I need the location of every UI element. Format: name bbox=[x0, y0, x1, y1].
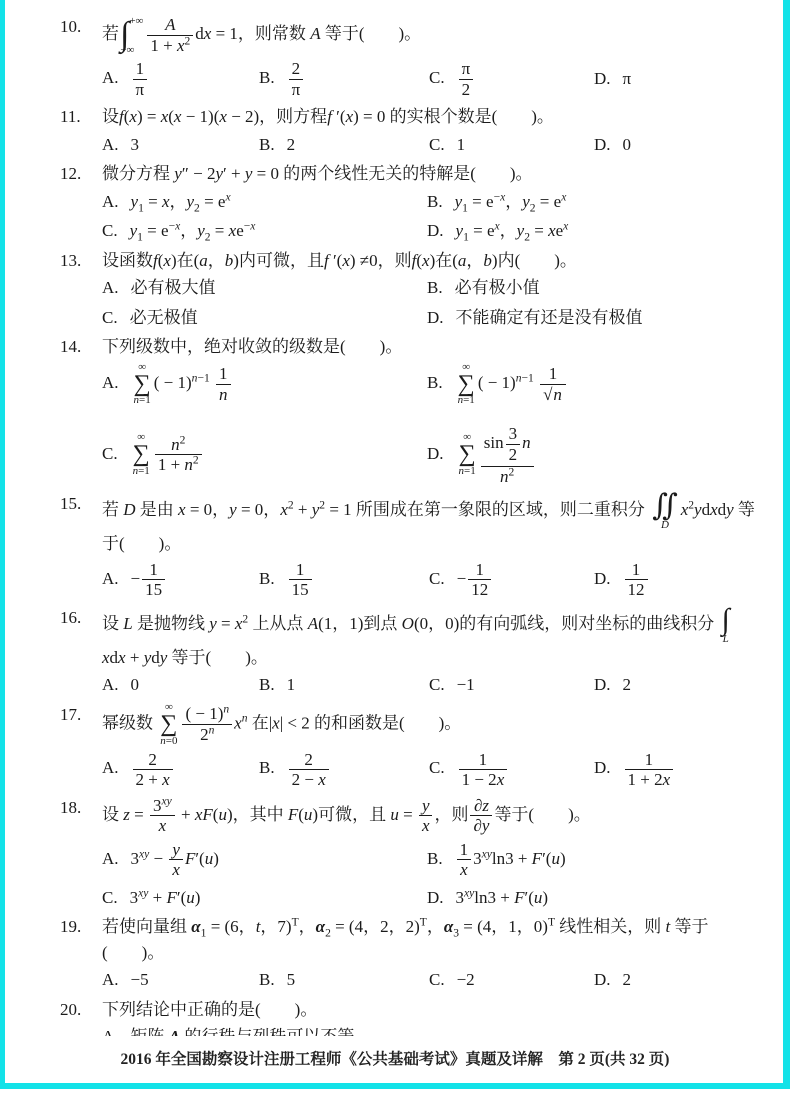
question-number: 19. bbox=[60, 914, 102, 994]
questions: 10. 若∫+∞−∞A1 + x2dx = 1，则常数 A 等于( )。 A.1… bbox=[60, 14, 756, 1036]
question-number: 18. bbox=[60, 795, 102, 912]
option-body: 1 bbox=[457, 135, 466, 154]
option: C.y1 = e−x，y2 = xe−x bbox=[102, 217, 427, 245]
option: D.112 bbox=[594, 558, 756, 602]
question-body: 下列级数中，绝对收敛的级数是( )。 A.∞∑n=1( − 1)n−1 1nB.… bbox=[102, 334, 756, 488]
option-body: 0 bbox=[623, 135, 632, 154]
question-options: A.矩阵 A 的行秩与列秩可以不等B.秩为 r 的矩阵中，所有 r 阶子式均不为… bbox=[102, 1023, 756, 1036]
option-label: D. bbox=[594, 758, 611, 777]
option: B.1 bbox=[259, 671, 429, 699]
question-body: 若使向量组 α1 = (6，t，7)T，α2 = (4，2，2)T，α3 = (… bbox=[102, 914, 756, 994]
question-stem: 微分方程 y″ − 2y′ + y = 0 的两个线性无关的特解是( )。 bbox=[102, 161, 756, 187]
option-label: B. bbox=[259, 758, 275, 777]
option: D.不能确定有还是没有极值 bbox=[427, 304, 756, 332]
option-body: 必无极值 bbox=[130, 308, 198, 327]
option: D.2 bbox=[594, 966, 756, 994]
option-body: 115 bbox=[287, 569, 314, 588]
option-label: B. bbox=[259, 68, 275, 87]
question-options: A.−115B.115C.−112D.112 bbox=[102, 558, 756, 602]
question-number: 14. bbox=[60, 334, 102, 488]
option-label: B. bbox=[259, 970, 275, 989]
question-body: 微分方程 y″ − 2y′ + y = 0 的两个线性无关的特解是( )。 A.… bbox=[102, 161, 756, 245]
question-options: A.y1 = x，y2 = exB.y1 = e−x，y2 = exC.y1 =… bbox=[102, 188, 756, 245]
option-body: y1 = ex，y2 = xex bbox=[456, 221, 569, 240]
option-body: 必有极大值 bbox=[131, 278, 216, 297]
option: B.5 bbox=[259, 966, 429, 994]
question-stem: 幂级数 ∞∑n=0( − 1)n2nxn 在|x| < 2 的和函数是( )。 bbox=[102, 702, 756, 747]
option-label: D. bbox=[427, 308, 444, 327]
question-number: 10. bbox=[60, 14, 102, 101]
option-body: 22 + x bbox=[131, 758, 175, 777]
question-body: 若 D 是由 x = 0，y = 0，x2 + y2 = 1 所围成在第一象限的… bbox=[102, 491, 756, 602]
option: C.3xy + F′(u) bbox=[102, 884, 427, 912]
option: A.0 bbox=[102, 671, 259, 699]
option-body: 11 + 2x bbox=[623, 758, 676, 777]
question-body: 设 L 是抛物线 y = x2 上从点 A(1，1)到点 O(0，0)的有向弧线… bbox=[102, 605, 756, 699]
option-label: B. bbox=[259, 135, 275, 154]
question-options: A.3B.2C.1D.0 bbox=[102, 131, 756, 159]
option: B.22 − x bbox=[259, 748, 429, 792]
question-options: A.必有极大值B.必有极小值C.必无极值D.不能确定有还是没有极值 bbox=[102, 274, 756, 331]
option-body: −112 bbox=[457, 569, 494, 588]
option-body: 1x3xyln3 + F′(u) bbox=[455, 849, 566, 868]
question-options: A.−5B.5C.−2D.2 bbox=[102, 966, 756, 994]
option-label: B. bbox=[427, 278, 443, 297]
option: A.3 bbox=[102, 131, 259, 159]
question-body: 下列结论中正确的是( )。 A.矩阵 A 的行秩与列秩可以不等B.秩为 r 的矩… bbox=[102, 997, 756, 1036]
question-stem: 设f(x) = x(x − 1)(x − 2)，则方程f ′(x) = 0 的实… bbox=[102, 104, 756, 130]
question-stem: 若∫+∞−∞A1 + x2dx = 1，则常数 A 等于( )。 bbox=[102, 14, 756, 56]
option-label: A. bbox=[102, 758, 119, 777]
option: A.3xy − yxF′(u) bbox=[102, 838, 427, 882]
question-stem: 下列级数中，绝对收敛的级数是( )。 bbox=[102, 334, 756, 360]
option: B.2 bbox=[259, 131, 429, 159]
question-stem: 下列结论中正确的是( )。 bbox=[102, 997, 756, 1023]
option-body: −5 bbox=[131, 970, 149, 989]
option-label: C. bbox=[429, 970, 445, 989]
option: C.−1 bbox=[429, 671, 594, 699]
question: 20. 下列结论中正确的是( )。 A.矩阵 A 的行秩与列秩可以不等B.秩为 … bbox=[60, 997, 756, 1036]
option-body: 1π bbox=[131, 68, 150, 87]
question: 19. 若使向量组 α1 = (6，t，7)T，α2 = (4，2，2)T，α3… bbox=[60, 914, 756, 994]
question-body: 设f(x) = x(x − 1)(x − 2)，则方程f ′(x) = 0 的实… bbox=[102, 104, 756, 158]
option-body: 不能确定有还是没有极值 bbox=[456, 308, 643, 327]
question-stem: 设函数f(x)在(a，b)内可微，且f ′(x) ≠0，则f(x)在(a，b)内… bbox=[102, 248, 756, 274]
option-body: 11 − 2x bbox=[457, 758, 510, 777]
option-body: 3xyln3 + F′(u) bbox=[456, 888, 549, 907]
option: D.∞∑n=1sin32nn2 bbox=[427, 421, 756, 488]
question-stem: 设 z = 3xyx + xF(u)，其中 F(u)可微，且 u = yx，则∂… bbox=[102, 795, 756, 837]
option-body: −115 bbox=[131, 569, 168, 588]
option-label: D. bbox=[427, 888, 444, 907]
option: A.∞∑n=1( − 1)n−1 1n bbox=[102, 361, 427, 408]
option-body: 3xy − yxF′(u) bbox=[131, 849, 219, 868]
question: 12. 微分方程 y″ − 2y′ + y = 0 的两个线性无关的特解是( )… bbox=[60, 161, 756, 245]
option-body: −1 bbox=[457, 675, 475, 694]
option-body: 2π bbox=[287, 68, 306, 87]
option-label: D. bbox=[594, 569, 611, 588]
question: 16. 设 L 是抛物线 y = x2 上从点 A(1，1)到点 O(0，0)的… bbox=[60, 605, 756, 699]
option-label: B. bbox=[259, 569, 275, 588]
question-options: A.1πB.2πC.π2D.π bbox=[102, 57, 756, 101]
question-options: A.22 + xB.22 − xC.11 − 2xD.11 + 2x bbox=[102, 748, 756, 792]
question-options: A.∞∑n=1( − 1)n−1 1nB.∞∑n=1( − 1)n−1 1√nC… bbox=[102, 361, 756, 488]
option-label: B. bbox=[259, 675, 275, 694]
question-number: 15. bbox=[60, 491, 102, 602]
question-number: 12. bbox=[60, 161, 102, 245]
option-label: C. bbox=[102, 444, 118, 463]
option-label: A. bbox=[102, 569, 119, 588]
question: 17. 幂级数 ∞∑n=0( − 1)n2nxn 在|x| < 2 的和函数是(… bbox=[60, 702, 756, 792]
option-label: A. bbox=[102, 278, 119, 297]
option-label: A. bbox=[102, 192, 119, 211]
question-number: 17. bbox=[60, 702, 102, 792]
option: A.−115 bbox=[102, 558, 259, 602]
question: 14. 下列级数中，绝对收敛的级数是( )。 A.∞∑n=1( − 1)n−1 … bbox=[60, 334, 756, 488]
option-body: ∞∑n=1( − 1)n−1 1n bbox=[131, 373, 233, 392]
option: B.115 bbox=[259, 558, 429, 602]
option: B.∞∑n=1( − 1)n−1 1√n bbox=[427, 361, 756, 408]
question-body: 设 z = 3xyx + xF(u)，其中 F(u)可微，且 u = yx，则∂… bbox=[102, 795, 756, 912]
option-label: C. bbox=[429, 675, 445, 694]
option-body: ∞∑n=1( − 1)n−1 1√n bbox=[455, 373, 568, 392]
option: D.2 bbox=[594, 671, 756, 699]
option: B.2π bbox=[259, 57, 429, 101]
option-body: π2 bbox=[457, 68, 476, 87]
option-label: A. bbox=[102, 373, 119, 392]
option-body: 矩阵 A 的行秩与列秩可以不等 bbox=[131, 1027, 355, 1036]
option: B.必有极小值 bbox=[427, 274, 756, 302]
option-body: 112 bbox=[623, 569, 650, 588]
question-number: 20. bbox=[60, 997, 102, 1036]
option-label: B. bbox=[427, 192, 443, 211]
question: 10. 若∫+∞−∞A1 + x2dx = 1，则常数 A 等于( )。 A.1… bbox=[60, 14, 756, 101]
option-label: C. bbox=[429, 758, 445, 777]
option: C.−2 bbox=[429, 966, 594, 994]
option: A.必有极大值 bbox=[102, 274, 427, 302]
option-body: 必有极小值 bbox=[455, 278, 540, 297]
option-label: A. bbox=[102, 1027, 119, 1036]
option-body: 1 bbox=[287, 675, 296, 694]
question: 18. 设 z = 3xyx + xF(u)，其中 F(u)可微，且 u = y… bbox=[60, 795, 756, 912]
option: C.∞∑n=1n21 + n2 bbox=[102, 431, 427, 478]
option: A.22 + x bbox=[102, 748, 259, 792]
option: C.−112 bbox=[429, 558, 594, 602]
question-stem: 设 L 是抛物线 y = x2 上从点 A(1，1)到点 O(0，0)的有向弧线… bbox=[102, 605, 756, 671]
option-label: C. bbox=[429, 135, 445, 154]
question-stem: 若使向量组 α1 = (6，t，7)T，α2 = (4，2，2)T，α3 = (… bbox=[102, 914, 756, 965]
question: 15. 若 D 是由 x = 0，y = 0，x2 + y2 = 1 所围成在第… bbox=[60, 491, 756, 602]
question-options: A.0B.1C.−1D.2 bbox=[102, 671, 756, 699]
question-number: 13. bbox=[60, 248, 102, 332]
option: A.矩阵 A 的行秩与列秩可以不等 bbox=[102, 1023, 756, 1036]
option-label: D. bbox=[594, 69, 611, 88]
option: A.−5 bbox=[102, 966, 259, 994]
option: D.0 bbox=[594, 131, 756, 159]
option-label: D. bbox=[594, 135, 611, 154]
option-body: 2 bbox=[623, 970, 632, 989]
option: A.y1 = x，y2 = ex bbox=[102, 188, 427, 216]
option-body: 2 bbox=[287, 135, 296, 154]
option-body: 3xy + F′(u) bbox=[130, 888, 201, 907]
option: D.11 + 2x bbox=[594, 748, 756, 792]
option-label: C. bbox=[429, 569, 445, 588]
question-number: 16. bbox=[60, 605, 102, 699]
option: B.1x3xyln3 + F′(u) bbox=[427, 838, 756, 882]
option: D.π bbox=[594, 65, 756, 93]
option-label: D. bbox=[594, 675, 611, 694]
option-label: A. bbox=[102, 970, 119, 989]
option: C.π2 bbox=[429, 57, 594, 101]
option-label: C. bbox=[102, 308, 118, 327]
question-body: 设函数f(x)在(a，b)内可微，且f ′(x) ≠0，则f(x)在(a，b)内… bbox=[102, 248, 756, 332]
page-footer: 2016 年全国勘察设计注册工程师《公共基础考试》真题及详解 第 2 页(共 3… bbox=[0, 1048, 790, 1071]
option-label: B. bbox=[427, 373, 443, 392]
question-number: 11. bbox=[60, 104, 102, 158]
option-label: A. bbox=[102, 68, 119, 87]
question-body: 若∫+∞−∞A1 + x2dx = 1，则常数 A 等于( )。 A.1πB.2… bbox=[102, 14, 756, 101]
page: { "page": { "border_color": "#13e2e8", "… bbox=[0, 0, 790, 1096]
option: D.y1 = ex，y2 = xex bbox=[427, 217, 756, 245]
option-label: D. bbox=[427, 444, 444, 463]
option-body: −2 bbox=[457, 970, 475, 989]
option-label: C. bbox=[429, 68, 445, 87]
option-label: A. bbox=[102, 849, 119, 868]
option-body: y1 = x，y2 = ex bbox=[131, 192, 231, 211]
option-label: A. bbox=[102, 675, 119, 694]
question: 13. 设函数f(x)在(a，b)内可微，且f ′(x) ≠0，则f(x)在(a… bbox=[60, 248, 756, 332]
option-body: 5 bbox=[287, 970, 296, 989]
question-stem: 若 D 是由 x = 0，y = 0，x2 + y2 = 1 所围成在第一象限的… bbox=[102, 491, 756, 557]
option: A.1π bbox=[102, 57, 259, 101]
option-label: C. bbox=[102, 888, 118, 907]
option-label: D. bbox=[427, 221, 444, 240]
option-body: π bbox=[623, 69, 632, 88]
option: D.3xyln3 + F′(u) bbox=[427, 884, 756, 912]
option-label: D. bbox=[594, 970, 611, 989]
option-body: ∞∑n=1sin32nn2 bbox=[456, 444, 536, 463]
option-body: 22 − x bbox=[287, 758, 331, 777]
question-options: A.3xy − yxF′(u)B.1x3xyln3 + F′(u)C.3xy +… bbox=[102, 838, 756, 912]
question-body: 幂级数 ∞∑n=0( − 1)n2nxn 在|x| < 2 的和函数是( )。 … bbox=[102, 702, 756, 792]
option-body: ∞∑n=1n21 + n2 bbox=[130, 444, 204, 463]
option-label: A. bbox=[102, 135, 119, 154]
option: C.11 − 2x bbox=[429, 748, 594, 792]
question: 11. 设f(x) = x(x − 1)(x − 2)，则方程f ′(x) = … bbox=[60, 104, 756, 158]
option-body: 0 bbox=[131, 675, 140, 694]
option-body: 2 bbox=[623, 675, 632, 694]
option-label: C. bbox=[102, 221, 118, 240]
option-body: y1 = e−x，y2 = xe−x bbox=[130, 221, 256, 240]
option-body: 3 bbox=[131, 135, 140, 154]
option: B.y1 = e−x，y2 = ex bbox=[427, 188, 756, 216]
option-label: B. bbox=[427, 849, 443, 868]
option-body: y1 = e−x，y2 = ex bbox=[455, 192, 567, 211]
option: C.必无极值 bbox=[102, 304, 427, 332]
option: C.1 bbox=[429, 131, 594, 159]
